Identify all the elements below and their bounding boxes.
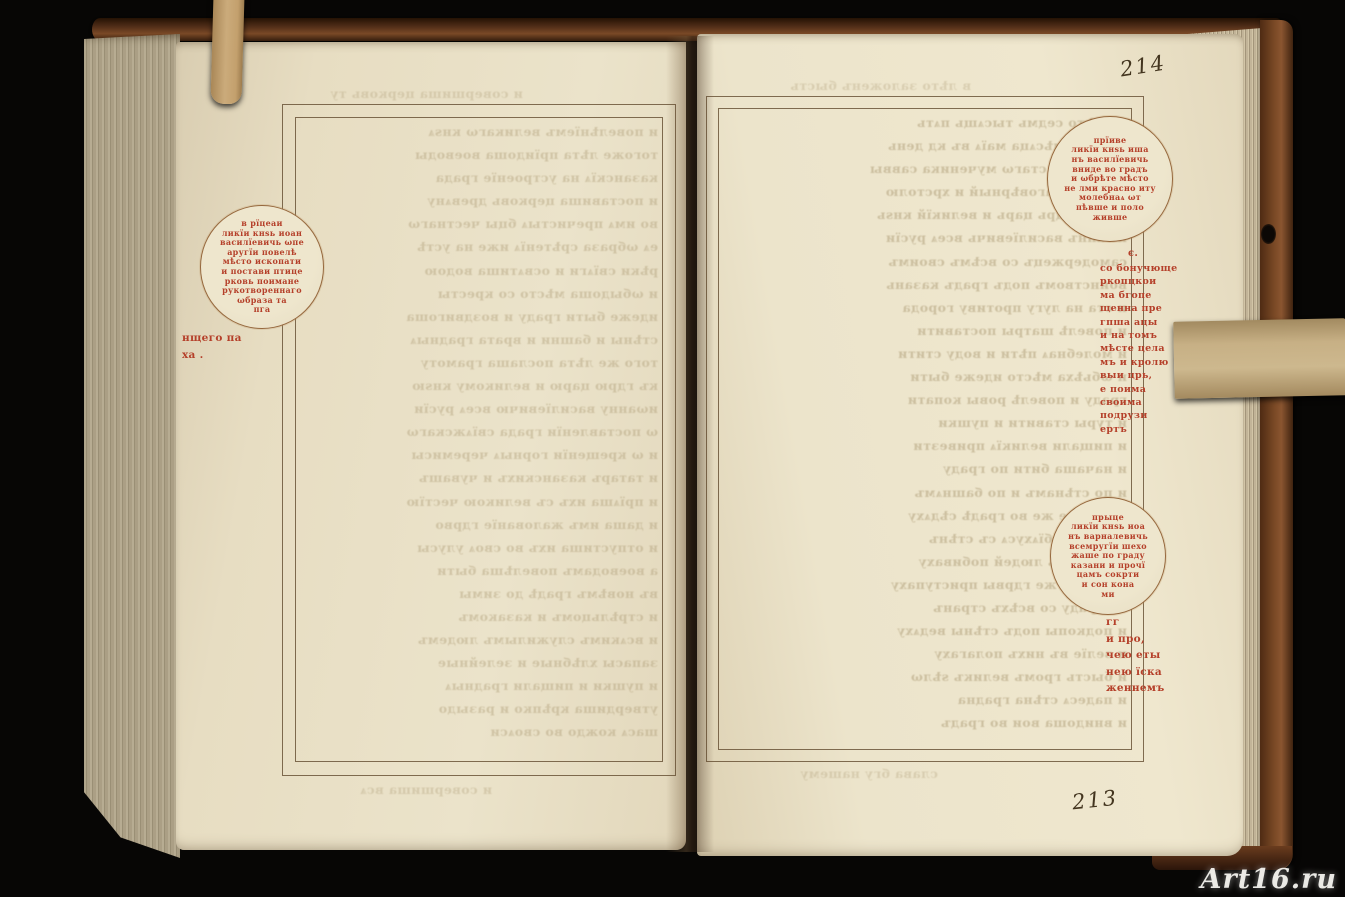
text-line: и зелїе въ нихъ полагаху [721,642,1127,665]
text-line: во имѧ пречистыѧ бцы честнагω [298,212,658,235]
text-line: гпша ацы [1100,316,1180,329]
bleedthrough-line-above-left: и совершиша церковь ту [330,86,523,101]
text-line: и пушки и пищали градныѧ [298,674,658,697]
book-photo: и совершиша церковь ту и повелѣнїемъ вел… [0,0,1345,897]
text-line: идеже быти граду и воздвигоша [298,305,658,328]
text-line: и подкопы подъ стѣны ведѧху [721,619,1127,642]
text-line: и даша имъ жалованїе гдрво [298,513,658,536]
text-line: и ωбьѣха мѣсто идеже быти [721,365,1127,388]
text-line: женнемъ [1106,680,1165,697]
bleedthrough-text-left: и повелѣнїемъ великагω кнѕѧтогоже лѣта п… [298,120,658,758]
text-line: е поима [1100,383,1180,396]
bleedthrough-line-below-right: слава бгу нашему [800,766,938,781]
text-line: рѣки свїѧги и освѧтиша водою [298,259,658,282]
text-line: живше [1093,213,1128,223]
text-line: гг [1106,614,1165,631]
text-line: стѣны и башни и врата градныѧ [298,328,658,351]
text-line: подрузи [1100,409,1180,422]
text-line: утвердиша крѣпко и разыдо [298,697,658,720]
text-line: ертъ [1100,423,1180,436]
left-medallion-seal: в рїцеаиликїи кнѕь иоанвасилїевичь ωпеар… [200,205,324,329]
text-line: еѧ ωбраза срѣтенїѧ иже на устѣ [298,235,658,258]
right-wooden-bookmark-stick [1173,318,1345,399]
watermark: Art16.ru [1201,864,1337,895]
text-line: и повелѣ шатры поставити [721,319,1127,342]
text-line: нщего па [182,330,242,347]
text-line: воинствомъ подъ градъ казань [721,273,1127,296]
text-line: ω поставленїи града свїѧжскагω [298,420,658,443]
text-line: ркопцкои [1100,275,1180,288]
text-line: запасы хлѣбные и зелейные [298,651,658,674]
text-line: мѣсте цела [1100,342,1180,355]
text-line: и татаръ казанскихъ и чувашъ [298,466,658,489]
right-leather-cover [1260,20,1293,870]
bleedthrough-line-below-left: и совершиша всѧ [360,782,492,798]
folio-number-213: 213 [1071,786,1119,815]
text-line: того же лѣта послаша грамоту [298,351,658,374]
text-line: а воеводамъ повелѣша быти [298,559,658,582]
text-line: и стрѣльцомъ и казакомъ [298,605,658,628]
text-line: ма бгопе [1100,289,1180,302]
text-line: нею їска [1106,664,1165,681]
margin-note-mark: є. [1128,248,1138,259]
text-line: со бонучюще [1100,262,1180,275]
bleedthrough-line-above-right: в лѣто заложенъ бысть [790,78,971,93]
text-line: тогоже лѣта прїидоша воеводы [298,143,658,166]
top-wooden-bookmark-stick [210,0,244,104]
text-line: ко граду со всѣхъ странъ [721,596,1127,619]
text-line: граду и повелѣ ровы копати [721,388,1127,411]
text-line: чею еты [1106,647,1165,664]
text-line: ми [1101,590,1114,600]
text-line: въ лѣто седмь тысѧщь пѧть [721,111,1127,134]
left-page-stack-edge [84,34,180,858]
clasp-hole [1261,224,1276,244]
text-line: и поставиша церковь древѧну [298,189,658,212]
text-line: и ωбыдоша мѣсто со кресты [298,282,658,305]
left-medallion-subnote: нщего паха . [182,330,242,363]
text-line: и ω крещенїи горныѧ черемисы [298,443,658,466]
text-line: казанскїѧ на устроенїе града [298,166,658,189]
text-line: своима [1100,396,1180,409]
margin-note-column: со бонучющеркопцкоима бгопещенна прегпша… [1100,262,1180,436]
text-line: иωаннъ василїевичь всеѧ русїи [721,226,1127,249]
text-line: и повелѣнїемъ великагω кнѕѧ [298,120,658,143]
right-bottom-subnote: гги про,чею етынею їскаженнемъ [1106,614,1165,697]
text-line: и молебнаѧ пѣти и воду стити [721,342,1127,365]
text-line: въ новѣмъ градѣ до зимы [298,582,658,605]
text-line: и ста на лугу противу города [721,296,1127,319]
right-top-medallion-seal: прїивеликїи кнѕь ишанъ василїевичьвниде … [1047,116,1173,242]
text-line: ха . [182,347,242,364]
text-line: щенна пре [1100,302,1180,315]
text-line: и по стѣнамъ и по башнѧмъ [721,481,1127,504]
text-line: мъ и кролю [1100,356,1180,369]
text-line: и пищали великїѧ привезти [721,434,1127,457]
text-line: и бысть громъ великъ ѕѣлω [721,665,1127,688]
text-line: и падесѧ стѣна градна [721,688,1127,711]
text-line: и туры ставити и пушки [721,411,1127,434]
text-line: и начаша бити по граду [721,457,1127,480]
text-line: и прїѧша ихъ съ великою честїю [298,490,658,513]
text-line: выи црь, [1100,369,1180,382]
text-line: къ гдрю царю и великому кнѕю [298,374,658,397]
text-line: самодержецъ со всѣмъ своимъ [721,250,1127,273]
right-bottom-medallion-seal: прыцеликїи кнѕь иоанъ варналевичьвсемруг… [1050,497,1166,615]
text-line: иωанну василїевичю всеѧ русїи [298,397,658,420]
text-line: и отпустиша ихъ во своѧ улусы [298,536,658,559]
text-line: и внидоша вои во градъ [721,711,1127,734]
text-line: шасѧ кождо во своѧси [298,720,658,743]
text-line: и про, [1106,631,1165,648]
text-line: и всѧкимъ служилымъ людемъ [298,628,658,651]
text-line: и на томъ [1100,329,1180,342]
text-line: пга [254,305,271,315]
